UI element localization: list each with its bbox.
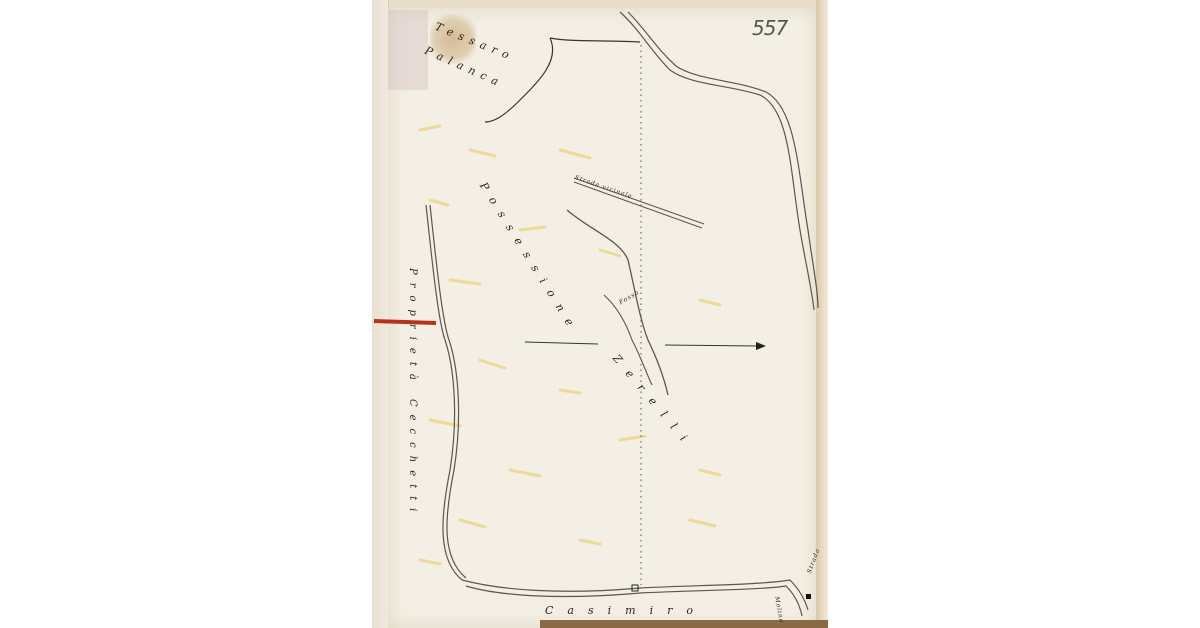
label-casimiro: Casimiro <box>545 604 707 617</box>
arrow-head-icon <box>756 342 766 350</box>
map-drawing <box>0 0 1200 628</box>
arrow-shaft-right <box>665 345 758 346</box>
boundary-line-top-2 <box>550 38 640 42</box>
label-proprieta-cecchetti: Proprietà Cecchetti <box>407 268 418 519</box>
arrow-shaft-left <box>525 342 598 344</box>
watercourse <box>620 12 818 310</box>
red-boundary-line <box>374 321 436 323</box>
folio-number: 557 <box>752 16 787 40</box>
left-boundary <box>426 205 466 580</box>
marker-square-icon <box>806 594 811 599</box>
